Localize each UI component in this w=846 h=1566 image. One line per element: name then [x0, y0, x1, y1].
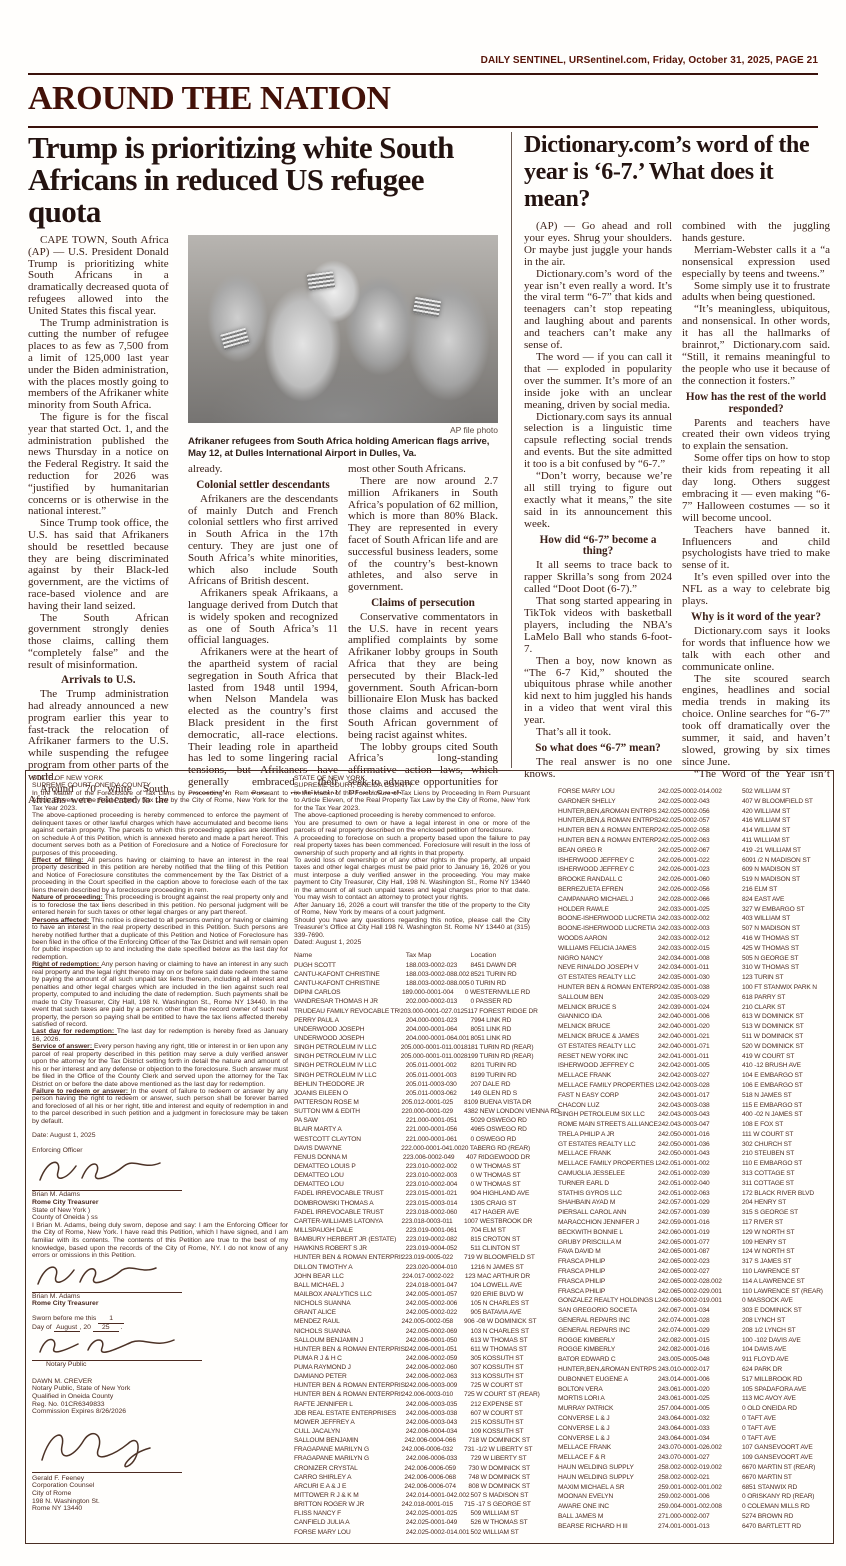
table-row: BLAIR MARTY A 221.000-0001-056 4965 OSWE…: [294, 1125, 530, 1134]
table-row: CRONIZER CRYSTAL 242.006-0006-059 730 W …: [294, 1464, 530, 1473]
paragraph: There are now around 2.7 million Afrikan…: [348, 476, 498, 594]
tax-map-number: 242.026-0001-060: [658, 875, 742, 885]
table-row: CARTER-WILLIAMS LATONYA 223.018-0003-011…: [294, 1217, 530, 1226]
parcel-location: 419 W COURT ST: [742, 1052, 828, 1062]
owner-name: BEAN GREG R: [558, 846, 658, 856]
table-row: GONZALEZ REALTY HOLDINGS LLC 242.066-000…: [558, 1296, 828, 1306]
parcel-location: 730 W DOMINICK ST: [468, 1464, 530, 1473]
tax-map-number: 242.065-0002-029.001: [658, 1287, 742, 1297]
owner-name: NIGRO NANCY: [558, 954, 658, 964]
table-row: MAXIM MICHAEL A SR 259.001-0002-001.002 …: [558, 1483, 828, 1493]
owner-name: RESET NEW YORK INC: [558, 1052, 658, 1062]
foreclosure-notice-text: STATE OF NEW YORKSUPREME COURT, ONEIDA C…: [294, 775, 530, 946]
owner-name: MELLACE FRANK: [558, 1071, 658, 1081]
tax-map-number: 243.070-0001-026.002: [658, 1443, 742, 1453]
paragraph: Parents and teachers have created their …: [682, 418, 830, 454]
signature-dawn-crever: [32, 1332, 182, 1358]
parcel-location: 425 W THOMAS ST: [742, 944, 828, 954]
owner-name: SALLOUM BEN: [558, 993, 658, 1003]
owner-name: GONZALEZ REALTY HOLDINGS LLC: [558, 1296, 658, 1306]
parcel-location: 704 ELM ST: [471, 1226, 530, 1235]
owner-name: HUNTER BEN & ROMAN ENTERPRISES: [294, 1390, 402, 1399]
table-row: BERREZUETA EFREN 242.026-0002-056 216 EL…: [558, 885, 828, 895]
parcel-location: 1216 N JAMES ST: [471, 1263, 530, 1272]
tax-map-number: 223.019-0001-061: [406, 1226, 471, 1235]
parcel-location: 6470 BARTLETT RD: [742, 1522, 828, 1532]
parcel-location: 407 W BLOOMFIELD ST: [742, 797, 828, 807]
parcel-location: 520 W DOMINICK ST: [742, 1042, 828, 1052]
legal-paragraph: Failure to redeem or answer:In the event…: [32, 1088, 288, 1125]
table-row: SAN GREGORIO SOCIETA 242.067-0001-034 30…: [558, 1306, 828, 1316]
legal-paragraph: You are presumed to own or have a legal …: [294, 820, 530, 835]
articles-area: Trump is prioritizing white South Africa…: [28, 132, 818, 772]
owner-name: FRAGAPANE MARILYN G: [294, 1445, 402, 1454]
owner-name: BATOR EDWARD C: [558, 1355, 658, 1365]
paragraph: “Don’t worry, because we’re all still tr…: [524, 471, 672, 531]
owner-name: NICHOLS SUANNA: [294, 1299, 406, 1308]
owner-name: MELNICK BRUCE: [558, 1022, 658, 1032]
table-row: HUNTER,BEN,&ROMAN ENTRPS LLC 242.025-000…: [558, 807, 828, 817]
tax-map-number: 259.004-0001-002.008: [658, 1502, 742, 1512]
parcel-location: 105 N CHARLES ST: [471, 1299, 530, 1308]
paragraph: “It’s meaningless, ubiquitous, and nonse…: [682, 304, 830, 387]
paragraph: Dictionary.com says its annual selection…: [524, 412, 672, 472]
parcel-location: 8199 TURIN RD (REAR): [464, 1052, 530, 1061]
tax-map-number: 242.051-0001-002: [658, 1159, 742, 1169]
table-row: MOWER JEFFREY A 242.006-0003-043 215 KOS…: [294, 1418, 530, 1427]
american-flag: [413, 297, 441, 317]
owner-name: GENERAL REPAIRS INC: [558, 1326, 658, 1336]
owner-name: GT ESTATES REALTY LLC: [558, 1042, 658, 1052]
tax-map-number: 258.002-0002-021: [658, 1473, 742, 1483]
tax-map-number: 223.018-0003-011: [402, 1217, 464, 1226]
owner-name: DEMATTEO LOU: [294, 1171, 406, 1180]
parcel-location: 313 KOSSUTH ST: [471, 1372, 530, 1381]
legal-notice-box: STATE OF NEW YORKSUPREME COURT, ONEIDA C…: [25, 770, 834, 1544]
tax-map-number: 242.005-0002-022: [406, 1308, 471, 1317]
owner-name: FAVA DAVID M: [558, 1247, 658, 1257]
paragraph: The word — if you can call it that — exp…: [524, 352, 672, 412]
parcel-location: 507 N MADISON ST: [742, 924, 828, 934]
owner-name: TRUDEAU FAMILY REVOCABLE TRUST: [294, 1007, 400, 1016]
tax-map-number: 223.019-0005-022: [402, 1253, 464, 1262]
owner-name: MITTOWER R J & K M: [294, 1491, 406, 1500]
notary-line: Notary Public, State of New York: [32, 1385, 288, 1393]
table-row: MENDEZ RAUL 242.005-0002-058 906 -08 W D…: [294, 1317, 530, 1326]
table-row: PUGH SCOTT 188.003-0002-023 8451 DAWN DR: [294, 961, 530, 970]
table-row: NEVE RINALDO JOSEPH V 242.034-0001-011 3…: [558, 963, 828, 973]
tax-map-number: 243.064-0001-034: [658, 1434, 742, 1444]
parcel-location: 208 LYNCH ST: [742, 1316, 828, 1326]
tax-map-number: 242.057-0001-039: [658, 1208, 742, 1218]
tax-map-number: 242.005-0001-057: [406, 1290, 471, 1299]
table-row: BECKWITH BONNIE L 242.060-0001-019 129 W…: [558, 1228, 828, 1238]
owner-name: CAMUGLIA JESSELEE: [558, 1169, 658, 1179]
table-row: MILLSPAUGH DALE 223.019-0001-061 704 ELM…: [294, 1226, 530, 1235]
parcel-location: 108 E FOX ST: [742, 1120, 828, 1130]
legal-paragraph: Last day for redemption:The last day for…: [32, 1028, 288, 1043]
table-row: PERRY PAUL A 204.000-0001-023 7994 LINK …: [294, 1016, 530, 1025]
parcel-location: 315 S GEORGE ST: [742, 1208, 828, 1218]
parcel-location: 109 HENRY ST: [742, 1238, 828, 1248]
owner-name: MOWER JEFFREY A: [294, 1418, 406, 1427]
parcel-location: 6670 MARTIN ST: [742, 1473, 828, 1483]
tax-map-number: 242.025-0002-067: [658, 846, 742, 856]
tax-map-number: 242.033-0002-015: [658, 944, 742, 954]
table-row: UNDERWOOD JOSEPH 204.000-0001-064 8051 L…: [294, 1025, 530, 1034]
tax-map-number: 223.015-0001-021: [406, 1189, 471, 1198]
owner-name: CARTER-WILLIAMS LATONYA: [294, 1217, 402, 1226]
refugee-col2: already.Colonial settler descendantsAfri…: [188, 464, 338, 794]
owner-name: HUNTER BEN & ROMAN ENTERPRISES: [558, 826, 658, 836]
section-rule: [28, 126, 818, 128]
parcel-location: 317 S JAMES ST: [742, 1257, 828, 1267]
tax-map-number: 242.025-0002-058: [658, 826, 742, 836]
parcel-location: 123 TURIN ST: [742, 973, 828, 983]
tax-map-number: 242.039-0001-024: [658, 1003, 742, 1013]
legal-paragraph: SUPREME COURT, ONEIDA COUNTY: [32, 782, 288, 789]
parcel-location: 109 KOSSUTH ST: [471, 1427, 530, 1436]
owner-name: ROME MAIN STREETS ALLIANCE INC: [558, 1120, 658, 1130]
table-row: PIERSALL CAROL ANN 242.057-0001-039 315 …: [558, 1208, 828, 1218]
parcel-location: 715 -17 S GEORGE ST: [464, 1500, 530, 1509]
paragraph: The figure is for the fiscal year that s…: [28, 412, 169, 518]
tax-map-number: 271.000-0002-007: [658, 1512, 742, 1522]
tax-map-number: 242.060-0001-019: [658, 1228, 742, 1238]
col-header-name: Name: [294, 952, 406, 959]
paragraph: How has the rest of the world responded?: [682, 392, 830, 416]
owner-name: CULL JACALYN: [294, 1427, 406, 1436]
owner-name: JOHN BEAR LLC: [294, 1272, 402, 1281]
tax-map-number: 242.006-0002-063: [406, 1372, 471, 1381]
table-row: ROGGE KIMBERLY 242.082-0001-016 104 DAVI…: [558, 1345, 828, 1355]
tax-map-number: 242.006-0001-051: [406, 1345, 471, 1354]
tax-map-number: 242.040-0001-071: [658, 1042, 742, 1052]
owner-name: BLAIR MARTY A: [294, 1125, 406, 1134]
table-row: DILLON TIMOTHY A 223.020-0004-010 1216 N…: [294, 1263, 530, 1272]
owner-name: JOANIS EILEEN O: [294, 1089, 406, 1098]
paragraph: Arrivals to U.S.: [28, 675, 169, 687]
tax-map-number: 242.006-0003-038: [406, 1409, 471, 1418]
table-row: FORSE MARY LOU 242.025-0002-014.002 502 …: [558, 787, 828, 797]
legal-paragraph: In the Matter of the Foreclosure of Tax …: [32, 790, 288, 812]
parcel-location: 502 WILLIAM ST: [471, 1528, 530, 1537]
parcel-location: 104 DAVIS AVE: [742, 1345, 828, 1355]
tax-map-number: 242.005-0002-006: [406, 1299, 471, 1308]
owner-name: PATTERSON ROSE M: [294, 1098, 402, 1107]
owner-name: SINGH PETROLEUM SIX LLC: [558, 1110, 658, 1120]
table-row: ISHERWOOD JEFFREY C 242.042-0001-005 410…: [558, 1061, 828, 1071]
tax-map-number: 242.043-0003-043: [658, 1110, 742, 1120]
parcel-location: 725 W COURT ST: [471, 1381, 530, 1390]
owner-name: SINGH PETROLEUM IV LLC: [294, 1043, 401, 1052]
tax-map-number: 205.011-0003-062: [406, 1089, 471, 1098]
owner-name: TRELA PHILIP A JR: [558, 1130, 658, 1140]
tax-map-number: 242.006-0003-010: [402, 1390, 464, 1399]
owner-name: MILLSPAUGH DALE: [294, 1226, 406, 1235]
parcel-location: 0 PASSER RD: [471, 997, 530, 1006]
article-photo: [188, 235, 498, 423]
parcel-location: 0 TURIN RD: [471, 979, 530, 988]
table-row: HUNTER BEN & ROMAN ENTERPRISES 242.006-0…: [294, 1345, 530, 1354]
counsel-block: Gerald F. FeeneyCorporation CounselCity …: [32, 1475, 288, 1513]
tax-map-number: 223.019-0004-052: [406, 1244, 471, 1253]
parcel-location: 414 WILLIAM ST: [742, 826, 828, 836]
owner-name: CONVERSE L & J: [558, 1434, 658, 1444]
tax-map-number: 242.082-0001-016: [658, 1345, 742, 1355]
tax-map-number: 274.001-0001-013: [658, 1522, 742, 1532]
parcel-location: 0 OLD ONEIDA RD: [742, 1404, 828, 1414]
tax-map-number: 242.006-0002-060: [406, 1363, 471, 1372]
owner-name: FORSE MARY LOU: [294, 1528, 406, 1537]
table-row: MAILBOX ANALYTICS LLC 242.005-0001-057 9…: [294, 1290, 530, 1299]
table-row: RESET NEW YORK INC 242.041-0001-011 419 …: [558, 1052, 828, 1062]
table-row: SINGH PETROLEUM IV LLC 205.011-0001-003 …: [294, 1071, 530, 1080]
owner-name: HAUN WELDING SUPPLY: [558, 1463, 658, 1473]
owner-name: MAILBOX ANALYTICS LLC: [294, 1290, 406, 1299]
owner-name: WESTCOTT CLAYTON: [294, 1135, 406, 1144]
owner-name: BALL MICHAEL J: [294, 1281, 406, 1290]
owner-name: FRASCA PHILIP: [558, 1277, 658, 1287]
table-row: MELNICK BRUCE 242.040-0001-020 513 W DOM…: [558, 1022, 828, 1032]
parcel-location: 302 CHURCH ST: [742, 1140, 828, 1150]
owner-name: STATHIS GYROS LLC: [558, 1189, 658, 1199]
owner-name: CONVERSE L & J: [558, 1424, 658, 1434]
signature-brian-adams: [32, 1154, 172, 1188]
signature-rule: [32, 1472, 182, 1473]
tax-map-number: 242.040-0001-021: [658, 1032, 742, 1042]
owner-name: BECKWITH BONNIE L: [558, 1228, 658, 1238]
owner-name: HUNTER,BEN,& ROMAN ENTRPS LLC: [558, 816, 658, 826]
parcel-location: 207 DALE RD: [471, 1080, 530, 1089]
table-row: BEHLIN THEODORE JR 205.011-0003-030 207 …: [294, 1080, 530, 1089]
date-line: Date: August 1, 2025: [32, 1132, 288, 1140]
owner-name: WILLIAMS FELICIA JAMES: [558, 944, 658, 954]
owner-name: SUTTON WM & EDITH: [294, 1107, 402, 1116]
table-row: BRITTON ROGER W JR 242.018-0001-015 715 …: [294, 1500, 530, 1509]
owner-name: VANDRESAR THOMAS H JR: [294, 997, 406, 1006]
parcel-location: 0 WESTERNVILLE RD: [465, 988, 530, 997]
paragraph: The Trump administration is cutting the …: [28, 318, 169, 412]
table-row: MELLACE FRANK 242.042-0003-027 104 E EMB…: [558, 1071, 828, 1081]
signer-title-2: Rome City Treasurer: [32, 1300, 288, 1308]
notary-line: Reg. No. 01CR6349833: [32, 1401, 288, 1409]
table-row: HAUN WELDING SUPPLY 258.002-0002-021 667…: [558, 1473, 828, 1483]
legal-paragraph: STATE OF NEW YORK: [32, 775, 288, 782]
tax-map-number: 242.014-0001-042.002: [406, 1491, 471, 1500]
tax-map-number: 242.050-0001-043: [658, 1149, 742, 1159]
owner-name: GRANT ALICE: [294, 1308, 406, 1317]
owner-name: ROGGE KIMBERLY: [558, 1345, 658, 1355]
parcel-location: 725 W COURT ST (REAR): [464, 1390, 530, 1399]
owner-name: JDB REAL ESTATE ENTERPRISES: [294, 1409, 406, 1418]
refugee-article: Trump is prioritizing white South Africa…: [28, 132, 498, 772]
table-row: GIANNICO IDA 242.040-0001-006 613 W DOMI…: [558, 1012, 828, 1022]
paragraph: Afrikaners are the descendants of mainly…: [188, 494, 338, 588]
legal-paragraph: The above-captioned proceeding is hereby…: [32, 812, 288, 857]
owner-name: BAMBURY HERBERT JR (ESTATE): [294, 1235, 406, 1244]
owner-name: BRITTON ROGER W JR: [294, 1500, 402, 1509]
paragraph: Teachers have banned it. Influencers and…: [682, 525, 830, 573]
parcel-location: 6091 /2 N MADISON ST: [742, 856, 828, 866]
parcel-location: 114 A LAWRENCE ST: [742, 1277, 828, 1287]
owner-name: BOONE-ISHERWOOD LUCRETIA: [558, 914, 658, 924]
owner-name: HAUN WELDING SUPPLY: [558, 1473, 658, 1483]
american-flag: [220, 328, 249, 351]
owner-name: AWARE ONE INC: [558, 1502, 658, 1512]
owner-name: BOONE-ISHERWOOD LUCRETIA: [558, 924, 658, 934]
paragraph: Dictionary.com’s word of the year isn’t …: [524, 269, 672, 352]
tax-map-number: 242.042-0001-005: [658, 1061, 742, 1071]
parcel-location: 719 W BLOOMFIELD ST: [464, 1253, 530, 1262]
parcel-location: 5117 FOREST RIDGE DR: [464, 1007, 530, 1016]
legal-paragraph: Nature of proceeding:This proceeding is …: [32, 894, 288, 916]
parcel-location: 104 LOWELL AVE: [471, 1281, 530, 1290]
table-row: DEMATTEO LOU 223.010-0002-004 0 W THOMAS…: [294, 1180, 530, 1189]
tax-parcel-table-middle: PUGH SCOTT 188.003-0002-023 8451 DAWN DR…: [294, 961, 530, 1537]
signature-gerald-feeney: [32, 1426, 172, 1470]
tax-map-number: 224.017-0002-022: [402, 1272, 465, 1281]
owner-name: ISHERWOOD JEFFREY C: [558, 865, 658, 875]
tax-map-number: 223.006-0002-049: [403, 1153, 466, 1162]
owner-name: MARACCHION JENNIFER J: [558, 1218, 658, 1228]
table-row: ROME MAIN STREETS ALLIANCE INC 242.043-0…: [558, 1120, 828, 1130]
sworn-line-1: Sworn before me this 1: [32, 1315, 288, 1324]
tax-map-number: 242.006-0003-035: [406, 1400, 471, 1409]
legal-lead: Persons affected:: [32, 917, 91, 924]
table-row: GARDNER SHELLY 242.025-0002-043 407 W BL…: [558, 797, 828, 807]
owner-name: MENDEZ RAUL: [294, 1317, 402, 1326]
owner-name: BALL JAMES M: [558, 1512, 658, 1522]
parcel-location: 824 EAST AVE: [742, 895, 828, 905]
table-row: HAUN WELDING SUPPLY 258.002-0002-019.002…: [558, 1463, 828, 1473]
parcel-location: 748 W DOMINICK ST: [468, 1473, 530, 1482]
table-row: GT ESTATES REALTY LLC 242.040-0001-071 5…: [558, 1042, 828, 1052]
table-row: FAVA DAVID M 242.065-0001-087 124 W NORT…: [558, 1247, 828, 1257]
legal-paragraph: Effect of filing:All persons having or c…: [32, 857, 288, 894]
parcel-location: 110 E EMBARGO ST: [742, 1159, 828, 1169]
table-header: Name Tax Map Location: [294, 952, 530, 959]
parcel-location: 110 LAWRENCE ST (REAR): [742, 1287, 828, 1297]
tax-map-number: 242.040-0001-006: [658, 1012, 742, 1022]
table-row: HUNTER,BEN,& ROMAN ENTRPS LLC 242.025-00…: [558, 816, 828, 826]
tax-map-number: 242.025-0002-056: [658, 807, 742, 817]
parcel-location: 502 WILLIAM ST: [742, 787, 828, 797]
tax-map-number: 188.003-0002-088.002: [406, 970, 471, 979]
paragraph: So what does “6-7” mean?: [524, 743, 672, 755]
owner-name: MELLACE FRANK: [558, 1149, 658, 1159]
paragraph: That song started appearing in TikTok vi…: [524, 596, 672, 656]
refugee-col3: most other South Africans.There are now …: [348, 464, 498, 794]
legal-lead: Nature of proceeding:: [32, 894, 105, 901]
tax-map-number: 242.043-0003-038: [658, 1101, 742, 1111]
parcel-location: 0 TABERG RD (REAR): [465, 1144, 530, 1153]
tax-map-number: 204.000-0001-064.001: [406, 1034, 471, 1043]
table-row: BATOR EDWARD C 243.005-0005-048 911 FLOY…: [558, 1355, 828, 1365]
table-row: ISHERWOOD JEFFREY C 242.026-0001-022 609…: [558, 856, 828, 866]
american-flag: [307, 271, 335, 290]
legal-paragraph: Right of redemption:Any person having or…: [32, 961, 288, 1028]
parcel-location: 104 E EMBARGO ST: [742, 1071, 828, 1081]
tax-map-number: 221.000-0001-051: [406, 1116, 471, 1125]
newspaper-page: DAILY SENTINEL, URSentinel.com, Friday, …: [0, 0, 846, 1566]
owner-name: WOODS AARON: [558, 934, 658, 944]
paragraph: Why is it word of the year?: [682, 612, 830, 624]
tax-map-number: 242.026-0001-023: [658, 865, 742, 875]
parcel-location: 511 W DOMINICK ST: [742, 1032, 828, 1042]
parcel-location: 106 E EMBARGO ST: [742, 1081, 828, 1091]
owner-name: HUNTER BEN & ROMAN ENTERPRISES: [294, 1381, 406, 1390]
tax-map-number: 242.006-0006-032: [402, 1445, 464, 1454]
owner-name: SALLOUM BENJAMIN: [294, 1436, 404, 1445]
parcel-location: 172 BLACK RIVER BLVD: [742, 1189, 828, 1199]
table-row: MITTOWER R J & K M 242.014-0001-042.002 …: [294, 1491, 530, 1500]
table-row: GRUBY PRISCILLA M 242.065-0001-077 109 H…: [558, 1238, 828, 1248]
parcel-location: 129 W NORTH ST: [742, 1228, 828, 1238]
table-row: MELLACE FRANK 243.070-0001-026.002 107 G…: [558, 1443, 828, 1453]
owner-name: UNDERWOOD JOSEPH: [294, 1034, 406, 1043]
parcel-location: 609 N MADISON ST: [742, 865, 828, 875]
parcel-location: 513 W DOMINICK ST: [742, 1022, 828, 1032]
table-row: FRASCA PHILIP 242.065-0002-023 317 S JAM…: [558, 1257, 828, 1267]
tax-map-number: 242.026-0002-056: [658, 885, 742, 895]
tax-map-number: 242.028-0002-066: [658, 895, 742, 905]
parcel-location: 204 HENRY ST: [742, 1198, 828, 1208]
tax-map-number: 242.051-0002-039: [658, 1169, 742, 1179]
parcel-location: 8199 TURIN RD: [471, 1071, 530, 1080]
tax-map-number: 242.065-0002-027: [658, 1267, 742, 1277]
paragraph: already.: [188, 464, 338, 476]
parcel-location: 0 OSWEGO RD: [471, 1135, 530, 1144]
table-row: BALL JAMES M 271.000-0002-007 5274 BROWN…: [558, 1512, 828, 1522]
owner-name: GENERAL REPAIRS INC: [558, 1316, 658, 1326]
parcel-location: 607 W COURT ST: [471, 1409, 530, 1418]
parcel-location: 920 ERIE BLVD W: [471, 1290, 530, 1299]
table-row: MOONAN EVELYN 259.002-0001-006 0 ORISKAN…: [558, 1492, 828, 1502]
owner-name: DOMBROWSKI THOMAS A: [294, 1199, 406, 1208]
tax-map-number: 242.026-0001-022: [658, 856, 742, 866]
tax-map-number: 242.025-0002-057: [658, 816, 742, 826]
owner-name: FADEL IRREVOCABLE TRUST: [294, 1189, 406, 1198]
table-row: CANTU-KAFONT CHRISTINE 188.003-0002-088.…: [294, 970, 530, 979]
paragraph: Afrikaners speak Afrikaans, a language d…: [188, 588, 338, 647]
tax-map-number: 242.074-0001-028: [658, 1316, 742, 1326]
owner-name: SINGH PETROLEUM IV LLC: [294, 1071, 406, 1080]
parcel-location: 416 WILLIAM ST: [742, 816, 828, 826]
parcel-location: 904 HIGHLAND AVE: [471, 1189, 530, 1198]
owner-name: FRAGAPANE MARILYN G: [294, 1454, 406, 1463]
table-row: HUNTER BEN & ROMAN ENTERPRISES 242.025-0…: [558, 826, 828, 836]
tax-map-number: 243.005-0005-048: [658, 1355, 742, 1365]
owner-name: HAWKINS ROBERT S JR: [294, 1244, 406, 1253]
tax-map-number: 242.034-0001-008: [658, 954, 742, 964]
table-row: MELLACE FAMILY PROPERTIES LLC 242.042-00…: [558, 1081, 828, 1091]
tax-map-number: 223.010-0002-002: [406, 1162, 471, 1171]
owner-name: CANTU-KAFONT CHRISTINE: [294, 979, 406, 988]
parcel-location: 103 N CHARLES ST: [471, 1327, 530, 1336]
table-row: CONVERSE L & J 243.064-0001-032 0 TAFT A…: [558, 1414, 828, 1424]
parcel-location: 0 TAFT AVE: [742, 1414, 828, 1424]
table-row: FORSE MARY LOU 242.025-0002-014.001 502 …: [294, 1528, 530, 1537]
tax-map-number: 243.070-0001-027: [658, 1453, 742, 1463]
owner-name: CANTU-KAFONT CHRISTINE: [294, 970, 406, 979]
table-row: HUNTER BEN & ROMAN ENTERPRISES 242.035-0…: [558, 983, 828, 993]
table-row: FADEL IRREVOCABLE TRUST 223.015-0001-021…: [294, 1189, 530, 1198]
table-row: FLISS NANCY F 242.025-0001-025 509 WILLI…: [294, 1509, 530, 1518]
tax-map-number: 223.010-0002-004: [406, 1180, 471, 1189]
table-row: JOHN BEAR LLC 224.017-0002-022 123 MAC A…: [294, 1272, 530, 1281]
paragraph: CAPE TOWN, South Africa (AP) — U.S. Pres…: [28, 235, 169, 318]
